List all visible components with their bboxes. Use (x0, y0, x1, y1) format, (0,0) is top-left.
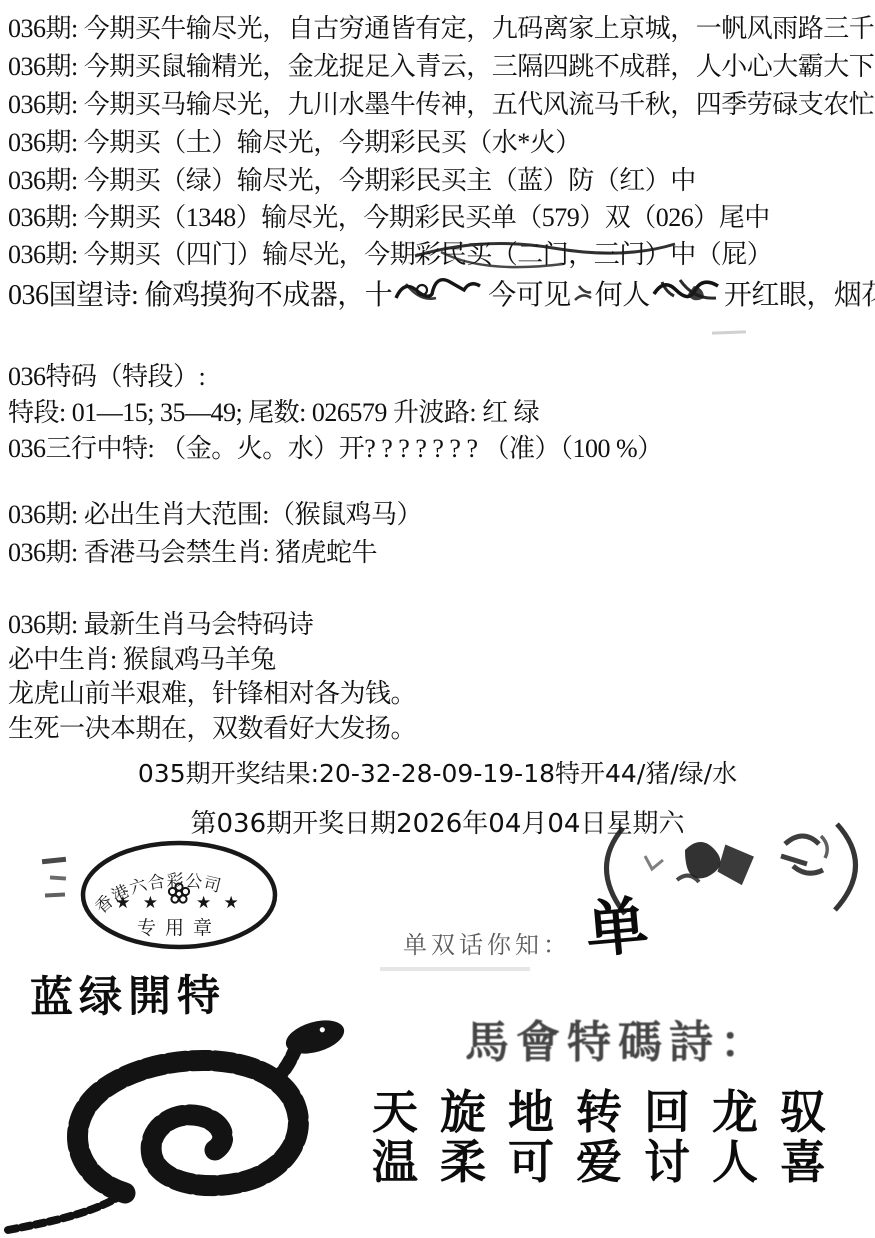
tip-line-3: 036期: 今期买马输尽光，九川水墨牛传神，五代风流马千秋，四季劳碌支农忙。 (8, 84, 875, 121)
guowang-poem-line: 036国望诗: 偷鸡摸狗不成器，十今可见何人开红眼，烟花云雨瞬间逝。 (8, 273, 875, 313)
ink-smudge-small (712, 330, 746, 334)
snake-illustration (0, 1008, 360, 1238)
shengxiao-jin: 036期: 香港马会禁生肖: 猪虎蛇牛 (8, 532, 377, 569)
last-draw-result: 035期开奖结果:20-32-28-09-19-18特开44/猪/绿/水 (0, 754, 875, 790)
danshuang-label: 单双话你知： (403, 925, 571, 960)
danshuang-value: 单 (583, 895, 650, 962)
scan-streak (380, 967, 530, 971)
tema-title: 036特码（特段）: (8, 356, 205, 393)
tema-duan: 特段: 01—15; 35—49; 尾数: 026579 升波路: 红 绿 (8, 392, 539, 429)
ink-smudge-3 (45, 892, 65, 897)
stamp-stars-left: ★ ★ (115, 893, 162, 912)
company-stamp: 香港六合彩公司 ★ ★ ★ ★ 专用章 (76, 838, 282, 952)
obscured-scribble-2 (571, 274, 595, 308)
poem-line-1: 龙虎山前半艰难，针锋相对各为钱。 (8, 673, 416, 710)
poem-line-2: 生死一决本期在，双数看好大发扬。 (8, 708, 416, 745)
obscured-scribble-1 (392, 274, 488, 308)
ink-smudge-1 (42, 857, 66, 864)
shengxiao-fanwei: 036期: 必出生肖大范围:（猴鼠鸡马） (8, 494, 422, 531)
horse-poem-title: 馬會特碼詩： (465, 1006, 771, 1070)
guowang-seg-3: 何人 (595, 280, 650, 311)
tip-line-1: 036期: 今期买牛输尽光，自古穷通皆有定，九码离家上京城，一帆风雨路三千。 (8, 8, 875, 45)
guowang-seg-2: 今可见 (488, 280, 571, 311)
obscured-scribble-3 (650, 274, 724, 308)
tip-line-7-text: 036期: 今期买（四门）输尽光，今期彩民买（二门，三门）中（屁） (8, 240, 772, 269)
stamp-bottom-text: 专用章 (137, 917, 221, 939)
tip-line-5: 036期: 今期买（绿）输尽光，今期彩民买主（蓝）防（红）中 (8, 160, 696, 197)
poem-bizhong: 必中生肖: 猴鼠鸡马羊兔 (8, 639, 276, 676)
tip-line-7: 036期: 今期买（四门）输尽光，今期彩民买（二门，三门）中（屁） (8, 234, 772, 271)
tip-line-4: 036期: 今期买（土）输尽光，今期彩民买（水*火） (8, 122, 581, 159)
poem-title: 036期: 最新生肖马会特码诗 (8, 604, 313, 641)
ink-smudge-2 (50, 875, 66, 880)
guowang-seg-4: 开红眼，烟花云雨瞬间逝。 (724, 280, 875, 311)
stamp-stars-right: ★ ★ (196, 893, 243, 912)
lottery-tip-sheet-page: 036期: 今期买牛输尽光，自古穷通皆有定，九码离家上京城，一帆风雨路三千。 0… (0, 0, 875, 1238)
tip-line-6: 036期: 今期买（1348）输尽光，今期彩民买单（579）双（026）尾中 (8, 197, 770, 234)
tip-line-2: 036期: 今期买鼠输精光，金龙捉足入青云，三隔四跳不成群，人小心大霸大下。 (8, 46, 875, 83)
tema-sanxing: 036三行中特: （金。火。水）开? ? ? ? ? ? ? （准）（100 %… (8, 428, 663, 465)
guowang-seg-1: 036国望诗: 偷鸡摸狗不成器，十 (8, 280, 392, 311)
horse-poem-line-2: 温柔可爱讨人喜 (372, 1126, 848, 1192)
